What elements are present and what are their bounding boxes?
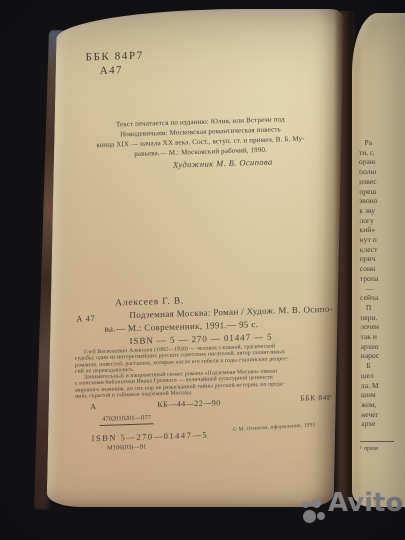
bbk-code: ББК 84Р7 — [86, 50, 144, 64]
author-sign-code: А47 — [100, 64, 123, 77]
right-page: Рати, г,ораюполюизвеспрешзвонок звулогук… — [352, 13, 405, 507]
text-line: логу — [359, 216, 378, 226]
text-line: сейча — [360, 293, 379, 303]
avito-logo-dot-icon — [303, 510, 316, 523]
text-line: Б — [361, 361, 380, 371]
text-line: преш — [359, 186, 378, 196]
annotation-text: Глеб Васильевич Алексеев (1892—1938) — ч… — [75, 343, 289, 400]
text-line: тропа — [360, 274, 379, 284]
text-line: полю — [359, 167, 378, 177]
text-line: Ра — [359, 138, 378, 148]
text-line: нечег — [361, 410, 380, 420]
catalog-entry-line2: ва.— М.: Современник, 1991.— 95 с. — [104, 319, 258, 334]
text-line: кий» — [359, 225, 378, 235]
book-photo: ББК 84Р7 А47 Текст печатается по изданию… — [0, 0, 405, 540]
avito-logo-text: Avito — [328, 488, 403, 518]
text-line: сонн — [360, 264, 379, 274]
copyright-note: © М. Осипова, оформление, 1991 — [233, 422, 316, 433]
right-page-text-fragments: Рати, г,ораюполюизвеспрешзвонок звулогук… — [359, 138, 380, 429]
avito-watermark: Avito — [292, 491, 405, 537]
edition-note: Текст печатается по изданию: Юлия, или В… — [64, 113, 336, 162]
text-line: архео — [361, 342, 380, 352]
index-prefix: А — [90, 402, 96, 411]
text-line: извес — [359, 177, 378, 187]
text-line: нарос — [361, 351, 380, 361]
text-line: прич — [360, 254, 379, 264]
text-line: нут п — [360, 235, 379, 245]
text-line: П — [360, 303, 379, 313]
catalog-sign: А 47 — [76, 313, 95, 324]
text-line: клест — [360, 245, 379, 255]
text-line: к зву — [359, 206, 378, 216]
catalog-author: Алексеев Г. В. — [115, 296, 184, 308]
text-line: пери. — [360, 313, 379, 323]
text-line: шел — [361, 371, 380, 381]
index-bbk-code: ББК 84Р — [300, 393, 331, 403]
text-line: ла. М — [361, 380, 380, 390]
text-line: так и — [360, 332, 379, 342]
text-line: звоно — [359, 196, 378, 206]
text-line: жом, — [361, 400, 380, 410]
text-line: ораю — [359, 157, 378, 167]
index-kb-code: КБ—44—22—90 — [157, 398, 221, 409]
text-line: — — [360, 283, 379, 293]
text-line: лочен — [360, 322, 379, 332]
text-line: шим — [361, 390, 380, 400]
text-line: архе — [361, 419, 380, 429]
index-denominator: М106(03)—91 — [100, 442, 154, 453]
left-page: ББК 84Р7 А47 Текст печатается по изданию… — [47, 9, 344, 507]
avito-logo-dot-icon — [302, 501, 309, 508]
avito-logo-dot-icon — [312, 499, 321, 508]
avito-logo-dot-icon — [317, 512, 325, 520]
left-page-content: ББК 84Р7 А47 Текст печатается по изданию… — [49, 5, 341, 512]
index-numerator: 4702010201—077 — [99, 413, 153, 425]
text-line: ти, г, — [359, 148, 378, 158]
right-page-footnote: ¹ прим — [360, 441, 394, 452]
